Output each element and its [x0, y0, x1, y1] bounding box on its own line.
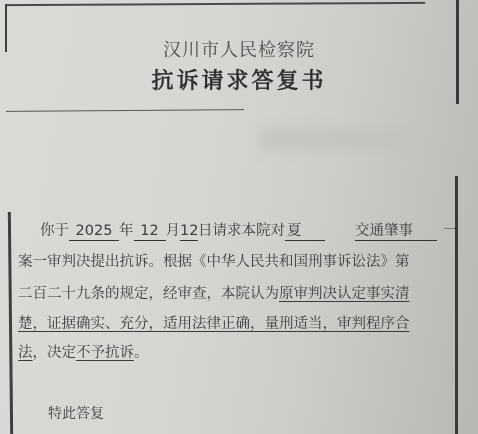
document-title: 抗诉请求答复书 [0, 64, 478, 95]
frame-border-right-lower [455, 176, 458, 434]
body-line-5: 法，决定不予抗诉。 [18, 343, 450, 363]
closing-text: 特此答复 [48, 404, 478, 424]
text-underlined: 楚，证据确实、充分，适用法律正确，量刑适当，审判程序合 [18, 316, 410, 332]
text-prefix: 你于 [40, 223, 69, 239]
year-unit: 年 [119, 223, 134, 239]
body-line-4: 楚，证据确实、充分，适用法律正确，量刑适当，审判程序合 [18, 314, 450, 334]
month-unit: 月 [166, 223, 181, 239]
month-field: 12 [134, 222, 166, 241]
header-divider [6, 109, 244, 112]
day-field: 12 [180, 222, 198, 241]
defendant-name-field: 夏 [285, 222, 325, 241]
year-field: 2025 [69, 222, 119, 241]
case-type-field: 交通肇事 [355, 222, 437, 241]
day-unit: 日请求本院对 [198, 223, 285, 239]
text-end: 。 [134, 345, 149, 361]
decision-text: 不予抗诉 [76, 345, 134, 361]
body-line-3: 二百二十九条的规定，经审查，本院认为原审判决认定事实清 [18, 284, 450, 304]
text-plain: 二百二十九条的规定，经审查，本院认为 [18, 286, 279, 302]
organization-name: 汉川市人民检察院 [0, 36, 478, 62]
body-line-2: 案一审判决提出抗诉。根据《中华人民共和国刑事诉讼法》第 [18, 252, 450, 272]
document-page: 汉川市人民检察院 抗诉请求答复书 你于2025年12月12日请求本院对夏交通肇事… [0, 0, 478, 434]
text-plain: ，决定 [33, 345, 77, 361]
text-underlined: 法 [18, 345, 33, 361]
body-line-1: 你于2025年12月12日请求本院对夏交通肇事一 [40, 221, 472, 241]
frame-border-top [5, 2, 425, 6]
redacted-area [260, 128, 410, 150]
frame-border-left-lower [8, 212, 13, 434]
text-suffix: 一 [443, 223, 458, 239]
text-underlined: 原审判决认定事实清 [279, 286, 410, 302]
